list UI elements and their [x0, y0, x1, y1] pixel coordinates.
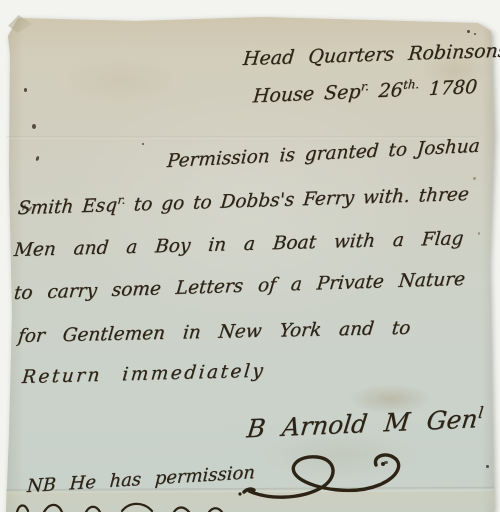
stain	[60, 55, 180, 105]
ink-speck	[478, 232, 480, 235]
text-segment: House Sep	[252, 81, 361, 108]
ink-speck	[467, 30, 470, 33]
manuscript-photo: Head Quarters Robinsons House Sepr. 26th…	[0, 0, 500, 512]
ink-speck	[32, 124, 36, 129]
text-segment: Smith Esq	[17, 195, 118, 219]
ink-speck	[473, 177, 476, 180]
text-segment: th.	[403, 77, 420, 92]
ink-speck	[474, 33, 476, 35]
ink-speck	[24, 88, 27, 92]
text-segment: 26	[368, 79, 404, 103]
text-segment: 1780	[418, 76, 478, 101]
cutoff-line-strokes	[14, 501, 244, 512]
ink-speck	[142, 143, 144, 145]
ink-speck	[486, 465, 489, 468]
signature-flourish	[237, 447, 419, 503]
